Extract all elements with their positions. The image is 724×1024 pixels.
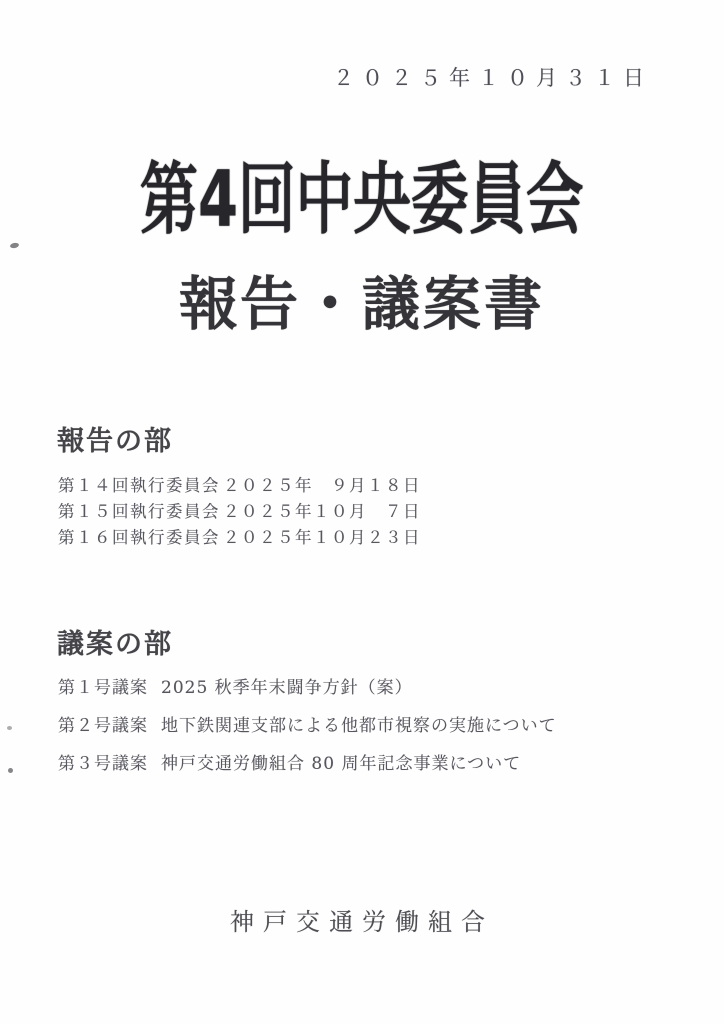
report-row: 第１６回執行委員会 ２０２５年１０月２３日 xyxy=(58,523,421,549)
agenda-row-label: 第１号議案 xyxy=(58,678,161,699)
report-row-label: 第１６回執行委員会 xyxy=(58,524,223,548)
scan-speck xyxy=(10,242,20,249)
agenda-section-heading: 議案の部 xyxy=(57,629,173,661)
report-row-date: ２０２５年１０月２３日 xyxy=(223,524,421,548)
agenda-row-title: 神戸交通労働組合 80 周年記念事業について xyxy=(161,754,521,775)
scan-speck xyxy=(8,768,13,773)
document-subtitle: 報告・議案書 xyxy=(0,274,724,335)
agenda-row-title: 地下鉄関連支部による他都市視察の実施について xyxy=(161,716,557,737)
report-row: 第１５回執行委員会 ２０２５年１０月 ７日 xyxy=(58,497,421,523)
report-row-label: 第１５回執行委員会 xyxy=(58,498,223,522)
report-row-date: ２０２５年 ９月１８日 xyxy=(223,472,421,496)
agenda-row: 第２号議案 地下鉄関連支部による他都市視察の実施について xyxy=(58,716,557,737)
organization-name: 神戸交通労働組合 xyxy=(0,902,724,937)
scanned-document-page: ２０２５年１０月３１日 第4回中央委員会 報告・議案書 報告の部 第１４回執行委… xyxy=(0,0,724,1024)
report-row-label: 第１４回執行委員会 xyxy=(58,472,223,496)
agenda-row: 第３号議案 神戸交通労働組合 80 周年記念事業について xyxy=(58,754,557,775)
scan-speck xyxy=(7,726,12,730)
agenda-row-label: 第２号議案 xyxy=(58,716,161,737)
agenda-row-title: 2025 秋季年末闘争方針（案） xyxy=(161,678,413,699)
report-section-heading: 報告の部 xyxy=(57,426,173,458)
report-row: 第１４回執行委員会 ２０２５年 ９月１８日 xyxy=(58,471,421,497)
document-date: ２０２５年１０月３１日 xyxy=(333,62,652,92)
agenda-list: 第１号議案 2025 秋季年末闘争方針（案） 第２号議案 地下鉄関連支部による他… xyxy=(58,678,557,792)
report-row-date: ２０２５年１０月 ７日 xyxy=(223,498,421,522)
agenda-row: 第１号議案 2025 秋季年末闘争方針（案） xyxy=(58,678,557,699)
document-title: 第4回中央委員会 xyxy=(14,161,709,239)
agenda-row-label: 第３号議案 xyxy=(58,754,161,775)
report-list: 第１４回執行委員会 ２０２５年 ９月１８日 第１５回執行委員会 ２０２５年１０月… xyxy=(58,471,421,549)
